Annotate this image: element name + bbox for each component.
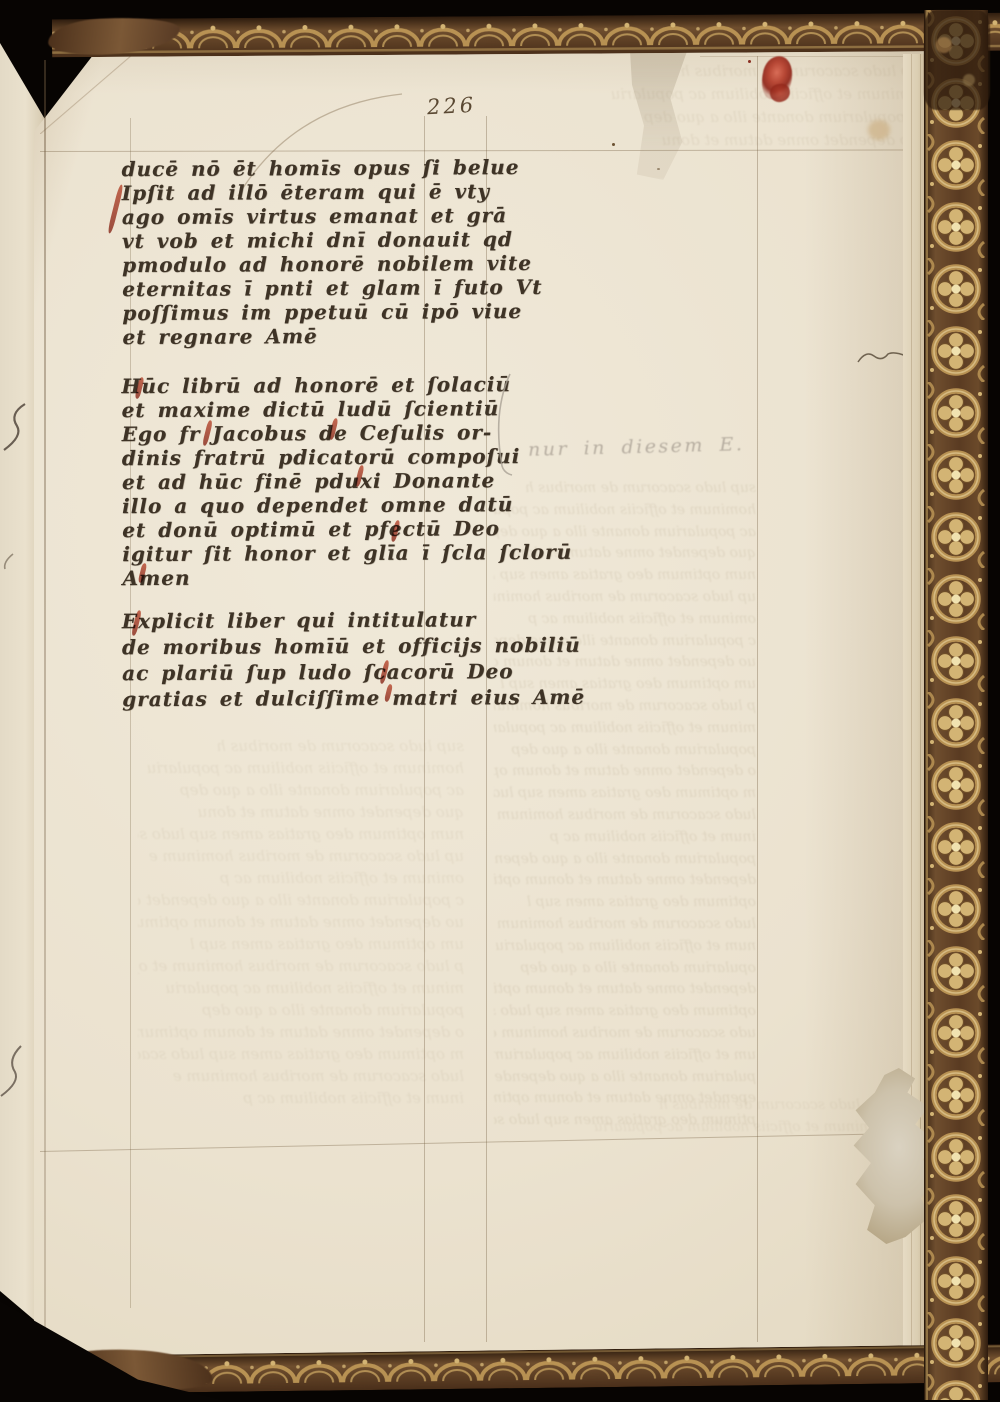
- binding-border-top: [52, 13, 1000, 58]
- ruling-line-vertical: [757, 56, 758, 1342]
- folio-number: 226: [426, 93, 476, 120]
- show-through-text: sup ludo scacorum de moribus hhominum et…: [138, 735, 464, 1107]
- show-through-line: pularium donante illo a quo dependet om: [494, 1067, 756, 1089]
- script-line: illo a quo dependet omne datū: [122, 492, 572, 518]
- show-through-line: minum et officiis nobilium ac populariu: [138, 977, 464, 999]
- show-through-text: sup ludo scacorum de moribus hhominum et…: [498, 60, 928, 154]
- show-through-line: ac popularium donante illo a quo dep: [138, 779, 464, 801]
- show-through-line: sup ludo scacorum de moribus h: [498, 60, 928, 83]
- show-through-line: ludo scacorum de moribus hominum et offi…: [494, 914, 756, 936]
- show-through-line: uo dependet omne datum et donum optimu: [138, 911, 464, 933]
- script-line: et donū optimū et pfectū Deo: [122, 516, 572, 542]
- paragraph: ducē nō ēt homīs opus ſi belueIpſit ad i…: [122, 155, 543, 349]
- show-through-line: ominum et officiis nobilium ac p: [138, 867, 464, 889]
- manuscript-photo: sup ludo scacorum de moribus hhominum et…: [0, 0, 1000, 1402]
- show-through-line: o dependet omne datum et donum optimum d…: [138, 1021, 464, 1043]
- script-line: et regnare Amē: [122, 323, 542, 349]
- show-through-line: popularium donante illo a quo dep: [494, 740, 756, 762]
- show-through-line: ac popularium donante illo a quo dep: [498, 106, 928, 129]
- show-through-line: num optimum deo gratias amen sup ludo sc…: [138, 823, 464, 845]
- script-line: ago omīs virtus emanat et grā: [122, 203, 542, 229]
- show-through-line: up ludo scacorum de moribus hominum e: [138, 845, 464, 867]
- show-through-line: ludo scacorum de moribus hominum e: [138, 1065, 464, 1087]
- show-through-line: sup ludo scacorum de moribus h: [138, 735, 464, 757]
- stain: [868, 120, 890, 140]
- show-through-line: optimum deo gratias amen sup l: [494, 892, 756, 914]
- show-through-line: popularium donante illo a quo dependet o…: [494, 849, 756, 871]
- script-line: igitur ſit honor et glīa ī ſcla ſclorū: [122, 540, 572, 566]
- show-through-line: um optimum deo gratias amen sup l: [138, 933, 464, 955]
- script-line: vt vob et michi dnī donauit qd: [122, 227, 542, 253]
- script-line: Ipſit ad illō ēteram qui ē vty: [122, 179, 542, 205]
- show-through-line: o dependet omne datum et donum optimum d…: [494, 761, 756, 783]
- show-through-line: udo scacorum de moribus hominum e: [494, 1023, 756, 1045]
- show-through-line: minum et officiis nobilium ac populariu: [494, 718, 756, 740]
- show-through-line: ludo scacorum de moribus hominum e: [494, 805, 756, 827]
- show-through-line: hominum et officiis nobilium ac populari…: [250, 1116, 890, 1138]
- ink-squiggle: [0, 400, 28, 454]
- script-line: Amen: [122, 564, 572, 590]
- show-through-line: p ludo scacorum de moribus hominum et of…: [138, 955, 464, 977]
- script-line: ducē nō ēt homīs opus ſi belue: [122, 155, 542, 181]
- show-through-line: inum et officiis nobilium ac p: [494, 827, 756, 849]
- gutter-shadow: [44, 60, 46, 1340]
- ink-speck: [657, 168, 660, 170]
- ruling-line-horizontal: [700, 56, 928, 57]
- show-through-line: quo dependet omne datum et donu: [498, 129, 928, 152]
- ink-speck: [748, 60, 751, 63]
- show-through-line: um et officiis nobilium ac popularium do…: [494, 1045, 756, 1067]
- ink-squiggle: [0, 1042, 24, 1100]
- leather-edge-wear: [924, 10, 990, 110]
- script-line: eternitas ī pnti et glam ī futo Vt: [122, 275, 542, 301]
- binding-border-right: [924, 10, 988, 1400]
- script-line: poſſimus im ppetuū cū ipō viue: [122, 299, 542, 325]
- show-through-line: m optimum deo gratias amen sup ludo scac: [494, 783, 756, 805]
- show-through-text: sup ludo scacorum de moribus hhominum et…: [250, 1094, 890, 1138]
- show-through-line: num et officiis nobilium ac populariu: [494, 936, 756, 958]
- show-through-line: hominum et officiis nobilium ac populari…: [138, 757, 464, 779]
- script-line: Explicit liber qui intitulatur: [122, 606, 585, 634]
- show-through-line: optimum deo gratias amen sup ludo scac: [494, 1001, 756, 1023]
- show-through-line: c popularium donante illo a quo dependet…: [138, 889, 464, 911]
- show-through-line: popularium donante illo a quo dep: [138, 999, 464, 1021]
- script-line: pmodulo ad honorē nobilem vite: [122, 251, 542, 277]
- script-line: de moribus homīū et officijs nobiliū: [122, 632, 585, 660]
- ink-squiggle: [0, 552, 16, 572]
- show-through-line: hominum et officiis nobilium ac populari…: [498, 83, 928, 106]
- paragraph: Explicit liber qui intitulaturde moribus…: [122, 606, 585, 712]
- show-through-line: dependet omne datum et donum optimu: [494, 870, 756, 892]
- ink-squiggle: [856, 344, 910, 372]
- show-through-line: quo dependet omne datum et donu: [138, 801, 464, 823]
- page-corner-fold: [40, 48, 140, 134]
- ink-speck: [612, 143, 615, 146]
- show-through-line: dependet omne datum et donum optimum deo…: [494, 979, 756, 1001]
- show-through-line: m optimum deo gratias amen sup ludo scac: [138, 1043, 464, 1065]
- script-line: gratias et dulciſſime matri eius Amē: [122, 684, 585, 712]
- show-through-line: opularium donante illo a quo dep: [494, 958, 756, 980]
- pencil-bracket: [492, 370, 518, 480]
- show-through-line: sup ludo scacorum de moribus h: [250, 1094, 890, 1116]
- script-line: ac plariū ſup ludo ſcacorū Deo: [122, 658, 585, 686]
